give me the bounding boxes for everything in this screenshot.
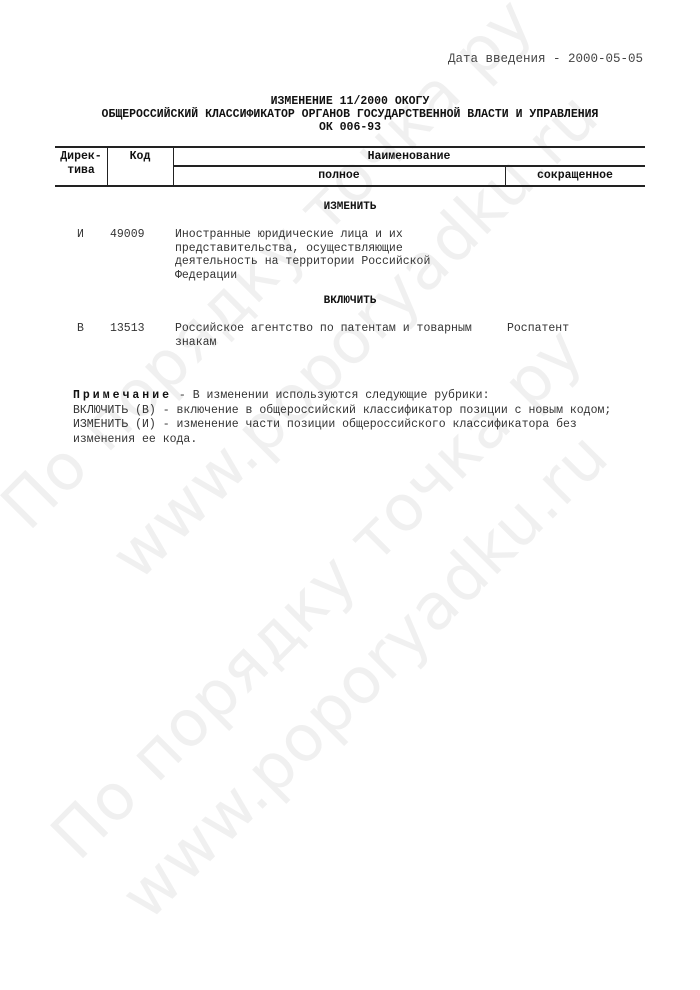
- header-code: Код: [107, 150, 173, 164]
- section-title-change: ИЗМЕНИТЬ: [55, 201, 645, 213]
- header-directive: Дирек- тива: [55, 150, 107, 178]
- note-change: ИЗМЕНИТЬ (И) - изменение части позиции о…: [73, 418, 633, 447]
- note-intro: - В изменении используются следующие руб…: [172, 389, 489, 402]
- table-bottom-rule: [55, 185, 645, 187]
- note-block: Примечание - В изменении используются сл…: [73, 389, 633, 447]
- row-code: 13513: [110, 322, 145, 336]
- title-line-classifier: ОБЩЕРОССИЙСКИЙ КЛАССИФИКАТОР ОРГАНОВ ГОС…: [55, 108, 645, 121]
- note-intro-line: Примечание - В изменении используются сл…: [73, 389, 633, 404]
- title-line-amendment: ИЗМЕНЕНИЕ 11/2000 ОКОГУ: [55, 95, 645, 108]
- table-mid-rule: [173, 165, 645, 167]
- header-directive-line2: тива: [55, 164, 107, 178]
- row-directive: В: [77, 322, 84, 336]
- row-short-name: Роспатент: [507, 322, 569, 336]
- header-short-name: сокращенное: [505, 169, 645, 183]
- document-page: Дата введения - 2000-05-05 ИЗМЕНЕНИЕ 11/…: [0, 0, 700, 990]
- section-title-include: ВКЛЮЧИТЬ: [55, 295, 645, 307]
- note-label: Примечание: [73, 389, 172, 402]
- row-full-name: Иностранные юридические лица и их предст…: [175, 228, 505, 282]
- header-full-name: полное: [173, 169, 505, 183]
- header-directive-line1: Дирек-: [55, 150, 107, 164]
- title-line-code: ОК 006-93: [55, 121, 645, 134]
- table-header: Дирек- тива Код Наименование полное сокр…: [55, 146, 645, 187]
- effective-date: Дата введения - 2000-05-05: [448, 52, 643, 66]
- row-full-name: Российское агентство по патентам и товар…: [175, 322, 505, 349]
- note-include: ВКЛЮЧИТЬ (В) - включение в общероссийски…: [73, 404, 633, 419]
- table-top-rule: [55, 146, 645, 148]
- document-title: ИЗМЕНЕНИЕ 11/2000 ОКОГУ ОБЩЕРОССИЙСКИЙ К…: [55, 95, 645, 134]
- row-code: 49009: [110, 228, 145, 242]
- header-name: Наименование: [173, 150, 645, 164]
- row-directive: И: [77, 228, 84, 242]
